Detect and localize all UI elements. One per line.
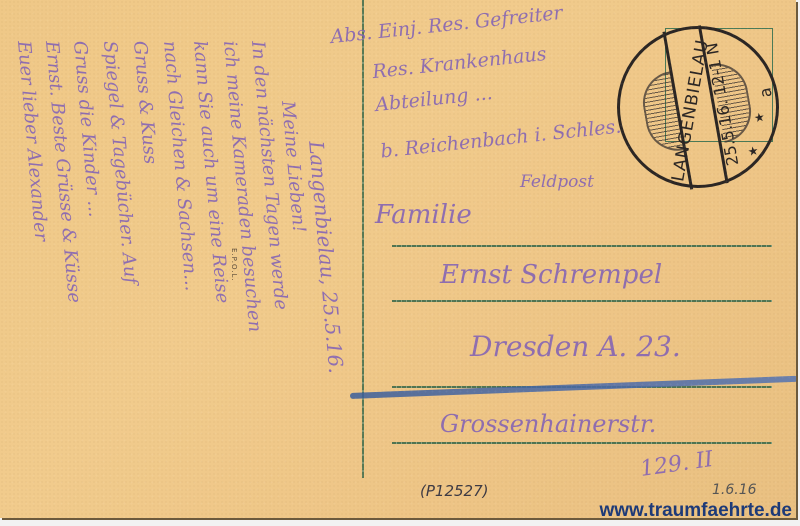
message-line: Gruss & Kuss bbox=[129, 40, 161, 165]
recipient-line3: Dresden A. 23. bbox=[470, 330, 681, 363]
sender-line: b. Reichenbach i. Schles. bbox=[380, 115, 623, 162]
postmark-letter: a bbox=[755, 86, 775, 99]
sender-line: Res. Krankenhaus bbox=[371, 43, 547, 83]
star-icon: ★ bbox=[747, 143, 760, 159]
sender-feldpost: Feldpost bbox=[520, 172, 594, 192]
place-date-handwriting: Langenbielau, 25.5.16. bbox=[304, 140, 348, 374]
star-icon: ★ bbox=[753, 110, 766, 126]
pencil-date: 1.6.16 bbox=[712, 482, 757, 498]
sender-line: Abteilung ... bbox=[374, 82, 493, 116]
pencil-archive-number: (P12527) bbox=[420, 482, 488, 500]
address-line bbox=[392, 245, 772, 247]
publisher-mark: E.P.O.L. bbox=[230, 248, 238, 282]
recipient-line1: Familie bbox=[375, 200, 472, 230]
watermark-link[interactable]: www.traumfaehrte.de bbox=[599, 500, 792, 522]
address-line bbox=[392, 442, 772, 444]
sender-line: Abs. Einj. Res. Gefreiter bbox=[329, 2, 563, 48]
recipient-line4: Grossenhainerstr. bbox=[440, 410, 656, 438]
postcard: Langenbielau, 25.5.16. Meine Lieben! In … bbox=[0, 0, 796, 518]
center-divider bbox=[362, 0, 364, 478]
recipient-line2: Ernst Schrempel bbox=[440, 260, 662, 290]
address-line bbox=[392, 300, 772, 302]
recipient-line5: 129. II bbox=[639, 447, 715, 482]
